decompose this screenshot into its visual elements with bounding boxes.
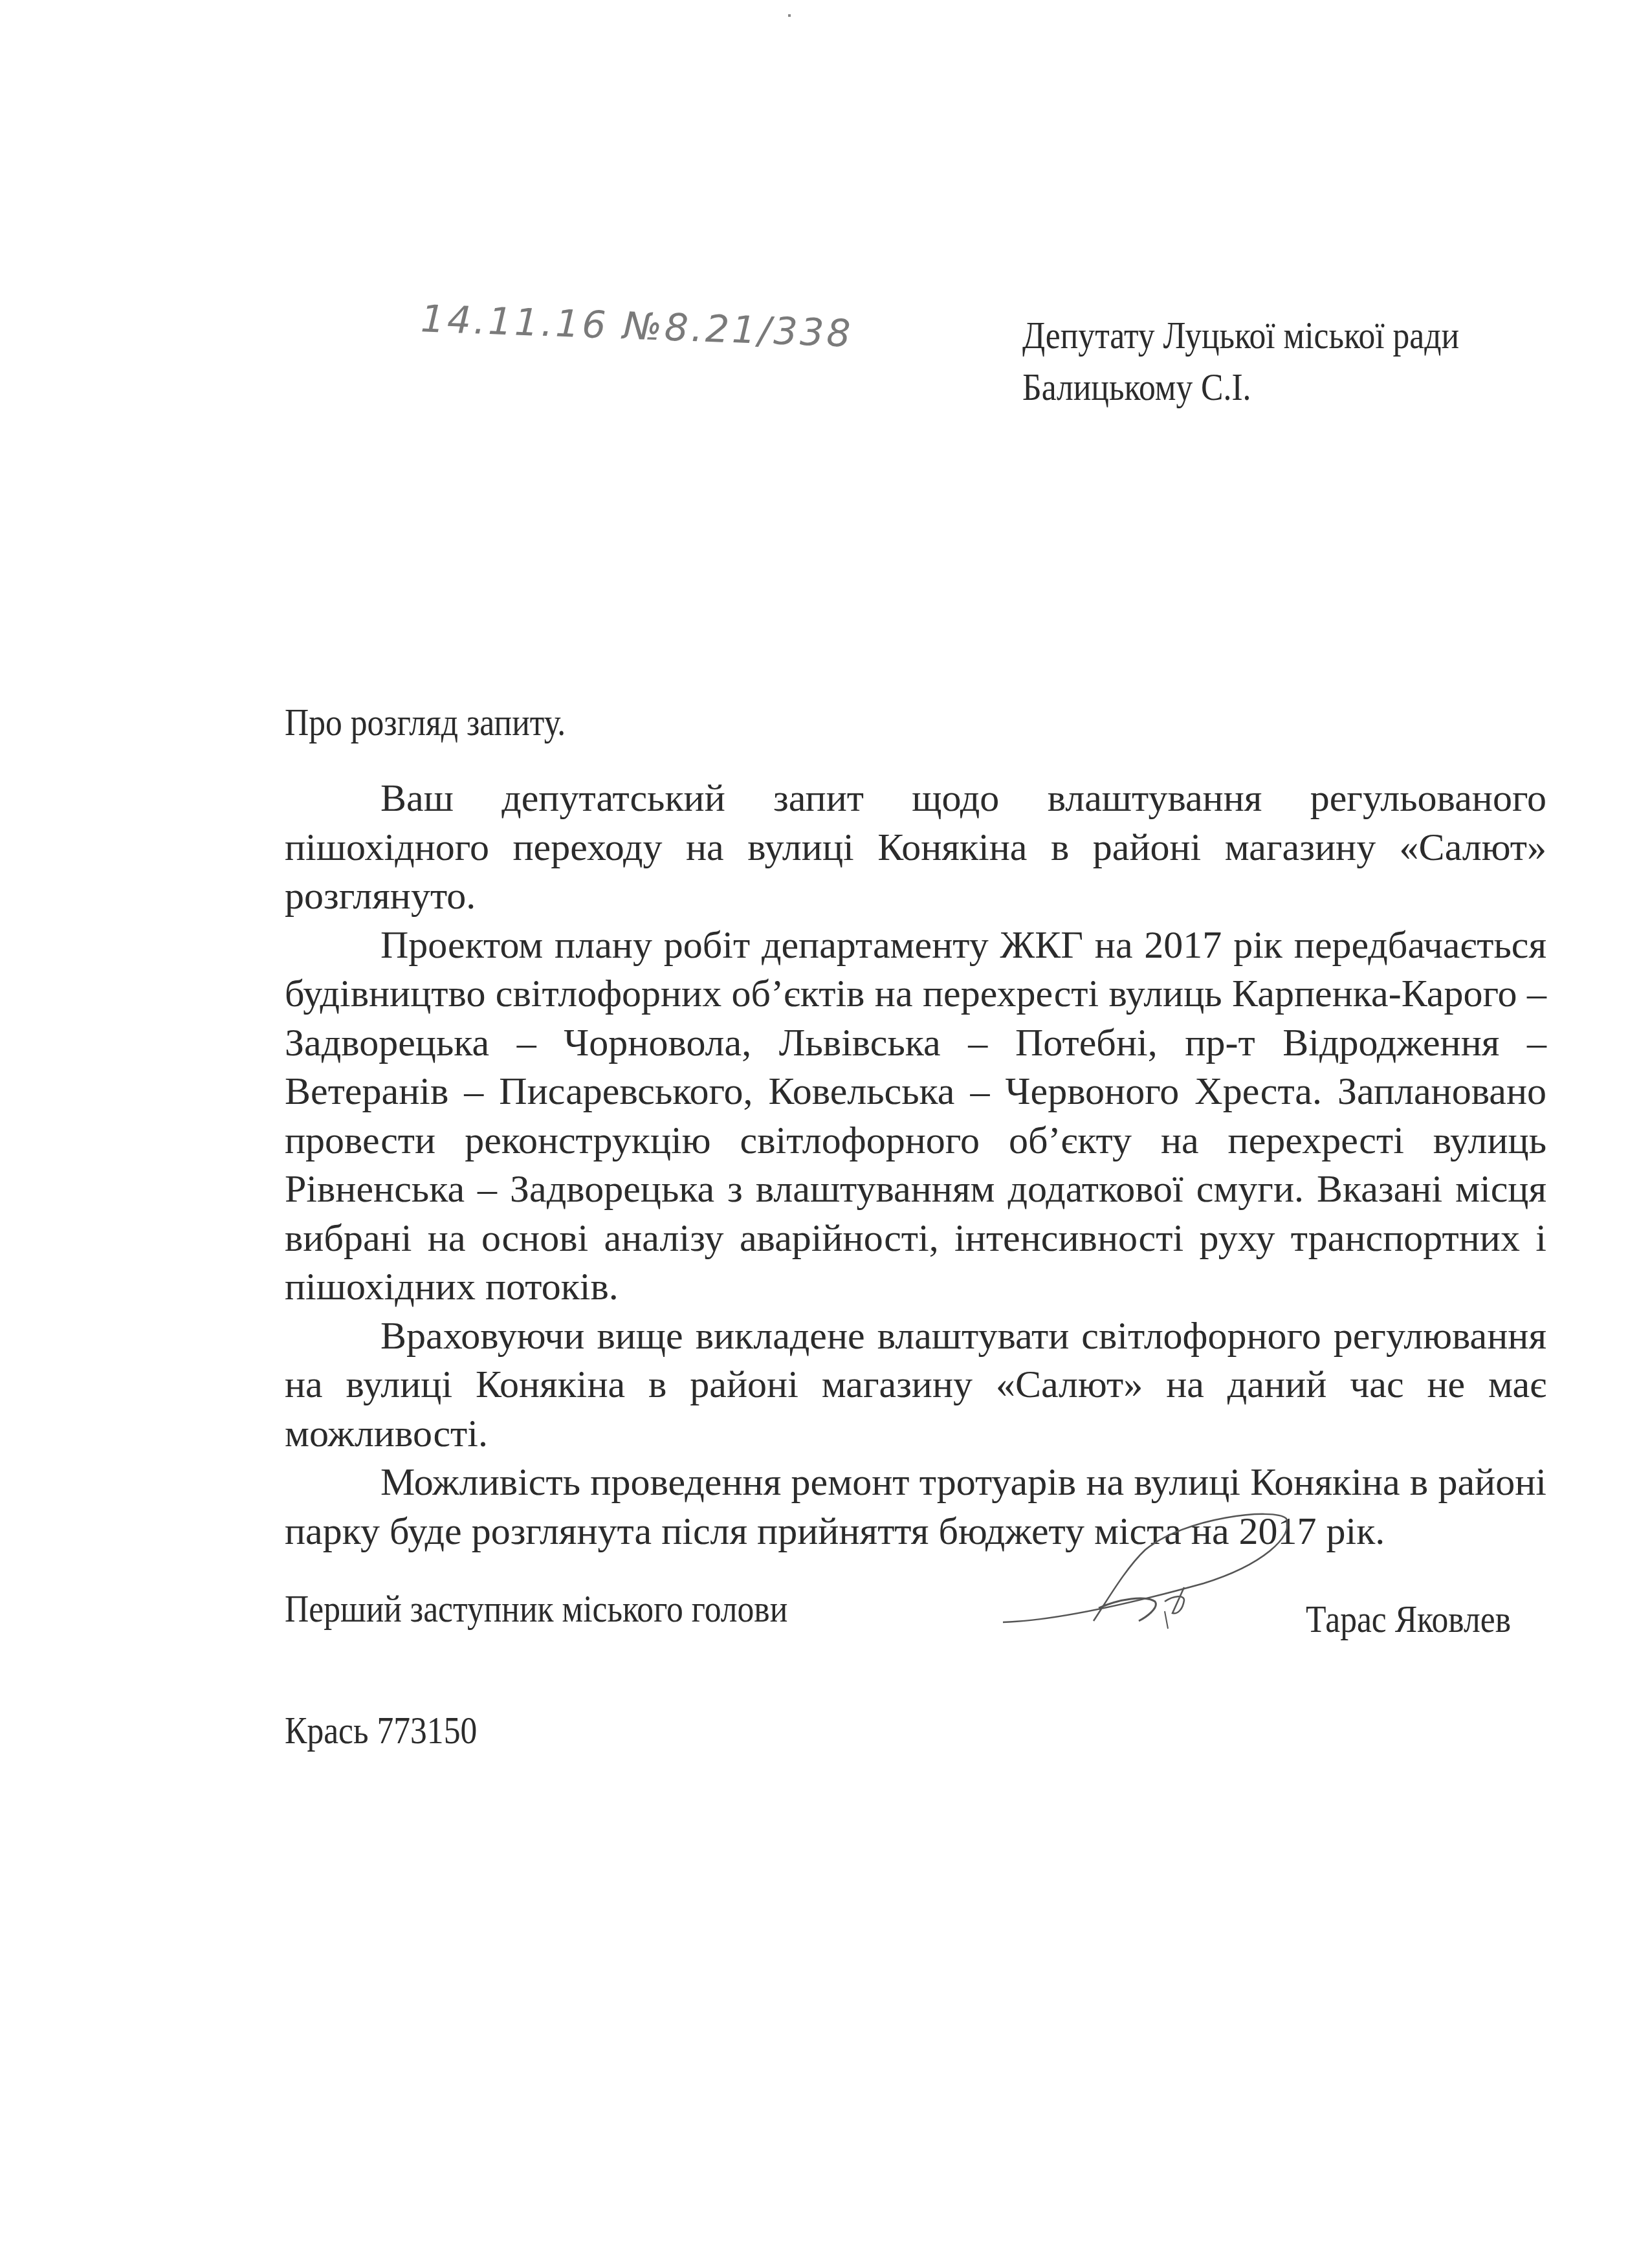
signature-icon bbox=[990, 1511, 1301, 1640]
addressee-line-2: Балицькому С.І. bbox=[1022, 361, 1459, 413]
paragraph-4: Можливість проведення ремонт тротуарів н… bbox=[285, 1458, 1546, 1556]
letter-subject: Про розгляд запиту. bbox=[285, 700, 566, 745]
signatory-name: Тарас Яковлев bbox=[1306, 1597, 1511, 1642]
scan-speck bbox=[788, 14, 791, 17]
handwritten-registration-mark: 14.11.16 №8.21/338 bbox=[420, 296, 853, 355]
addressee-block: Депутату Луцької міської ради Балицькому… bbox=[1022, 309, 1459, 413]
addressee-line-1: Депутату Луцької міської ради bbox=[1022, 309, 1459, 361]
letter-page: 14.11.16 №8.21/338 Депутату Луцької місь… bbox=[0, 0, 1650, 2268]
paragraph-3: Враховуючи вище викладене влаштувати сві… bbox=[285, 1312, 1546, 1459]
paragraph-1: Ваш депутатський запит щодо влаштування … bbox=[285, 774, 1546, 921]
signatory-title: Перший заступник міського голови bbox=[285, 1587, 787, 1631]
executor-contact: Крась 773150 bbox=[285, 1708, 477, 1753]
letter-body: Ваш депутатський запит щодо влаштування … bbox=[285, 774, 1546, 1556]
paragraph-2: Проектом плану робіт департаменту ЖКГ на… bbox=[285, 921, 1546, 1312]
signature-block: Перший заступник міського голови Тарас Я… bbox=[285, 1574, 1546, 1664]
